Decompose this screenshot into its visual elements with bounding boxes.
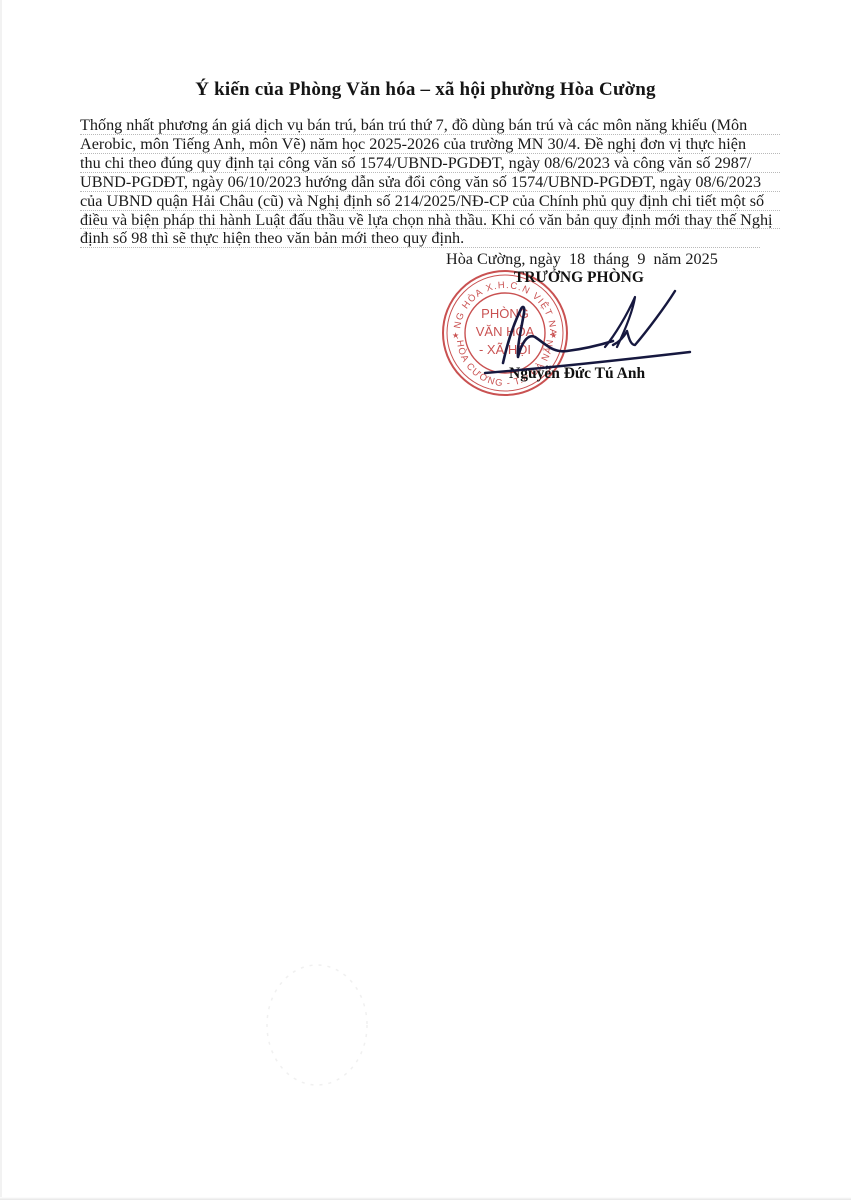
- body-line: của UBND quận Hải Châu (cũ) và Nghị định…: [80, 192, 780, 211]
- body-line: điều và biện pháp thi hành Luật đấu thầu…: [80, 211, 780, 230]
- show-through-seal-icon: [262, 960, 372, 1090]
- signature-icon: [455, 275, 695, 385]
- body-line: Thống nhất phương án giá dịch vụ bán trú…: [80, 116, 780, 135]
- body-line: Aerobic, môn Tiếng Anh, môn Vẽ) năm học …: [80, 135, 780, 154]
- body-line: định số 98 thì sẽ thực hiện theo văn bản…: [80, 229, 780, 248]
- body-line: UBND-PGDĐT, ngày 06/10/2023 hướng dẫn sử…: [80, 173, 780, 192]
- opinion-body: Thống nhất phương án giá dịch vụ bán trú…: [80, 116, 780, 248]
- document-page: Ý kiến của Phòng Văn hóa – xã hội phường…: [0, 0, 851, 1200]
- body-line: thu chi theo đúng quy định tại công văn …: [80, 154, 780, 173]
- scan-edge-left: [0, 0, 2, 1200]
- document-title: Ý kiến của Phòng Văn hóa – xã hội phường…: [0, 79, 851, 101]
- place-date: Hòa Cường, ngày 18 tháng 9 năm 2025: [446, 250, 718, 269]
